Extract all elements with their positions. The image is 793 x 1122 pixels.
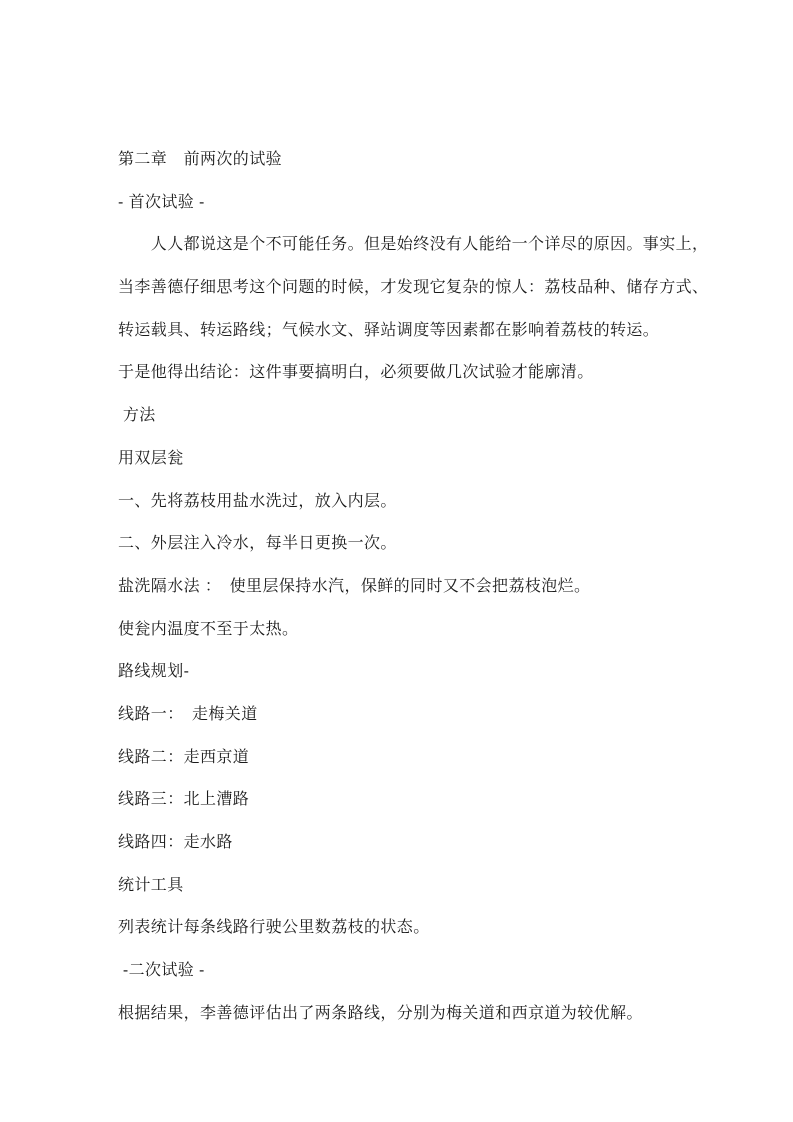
- text-line: 线路一： 走梅关道: [118, 694, 684, 737]
- text-line: 方法: [118, 395, 684, 438]
- text-line: 使瓮内温度不至于太热。: [118, 609, 684, 652]
- text-line: 列表统计每条线路行驶公里数荔枝的状态。: [118, 907, 684, 950]
- text-line: 线路四：走水路: [118, 822, 684, 865]
- document-text-block: 第二章 前两次的试验- 首次试验 - 人人都说这是个不可能任务。但是始终没有人能…: [118, 139, 684, 1035]
- text-line: 第二章 前两次的试验: [118, 139, 684, 182]
- text-line: 用双层瓮: [118, 438, 684, 481]
- document-page: 第二章 前两次的试验- 首次试验 - 人人都说这是个不可能任务。但是始终没有人能…: [0, 0, 793, 1122]
- text-line: 一、先将荔枝用盐水洗过，放入内层。: [118, 481, 684, 524]
- text-line: 当李善德仔细思考这个问题的时候，才发现它复杂的惊人：荔枝品种、储存方式、: [118, 267, 684, 310]
- text-line: 根据结果，李善德评估出了两条路线，分别为梅关道和西京道为较优解。: [118, 993, 684, 1036]
- text-line: 转运载具、转运路线；气候水文、驿站调度等因素都在影响着荔枝的转运。: [118, 310, 684, 353]
- text-line: 于是他得出结论：这件事要搞明白，必须要做几次试验才能廓清。: [118, 352, 684, 395]
- document-screenshot: { "page": { "background": "#ffffff", "te…: [0, 0, 793, 1122]
- text-line: 统计工具: [118, 865, 684, 908]
- text-line: 路线规划-: [118, 651, 684, 694]
- text-line: 二、外层注入冷水，每半日更换一次。: [118, 523, 684, 566]
- text-line: 线路三：北上漕路: [118, 779, 684, 822]
- text-line: 人人都说这是个不可能任务。但是始终没有人能给一个详尽的原因。事实上，: [118, 224, 684, 267]
- text-line: - 首次试验 -: [118, 182, 684, 225]
- text-line: 线路二：走西京道: [118, 737, 684, 780]
- text-line: 盐洗隔水法 ： 使里层保持水汽，保鲜的同时又不会把荔枝泡烂。: [118, 566, 684, 609]
- text-line: -二次试验 -: [118, 950, 684, 993]
